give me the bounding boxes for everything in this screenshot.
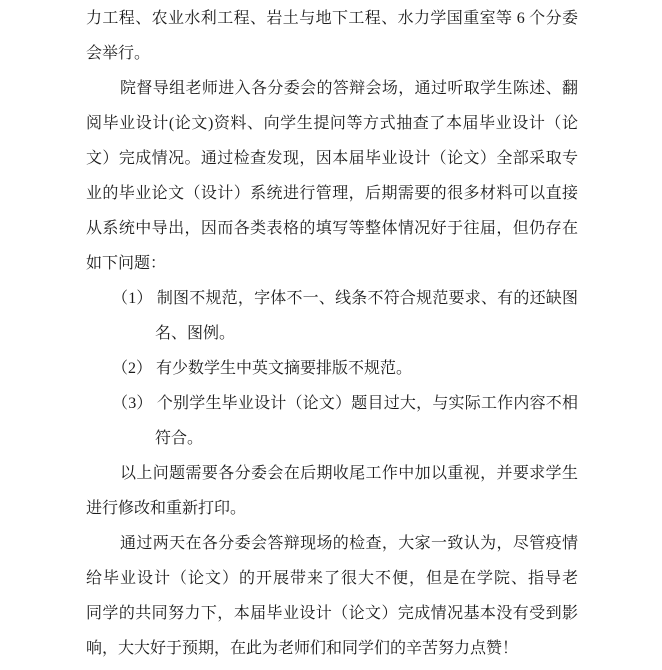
text-line: 通过两天在各分委会答辩现场的检查，大家一致认为，尽管疫情 [120,526,578,561]
text-line: 院督导组老师进入各分委会的答辩会场，通过听取学生陈述、翻 [120,71,578,106]
text-line: 阅毕业设计(论文)资料、向学生提问等方式抽查了本届毕业设计（论 [86,106,578,141]
text-line: 会举行。 [86,36,578,71]
text-line: 同学的共同努力下，本届毕业设计（论文）完成情况基本没有受到影 [86,596,578,631]
list-item-line: 符合。 [155,421,578,456]
list-item-line: （2） 有少数学生中英文摘要排版不规范。 [112,351,578,386]
text-line: 文）完成情况。通过检查发现，因本届毕业设计（论文）全部采取专 [86,141,578,176]
text-line: 如下问题： [86,246,578,281]
text-line: 业的毕业论文（设计）系统进行管理，后期需要的很多材料可以直接 [86,176,578,211]
list-item-line: （1） 制图不规范，字体不一、线条不符合规范要求、有的还缺图 [112,281,578,316]
text-line: 以上问题需要各分委会在后期收尾工作中加以重视，并要求学生 [120,456,578,491]
text-line: 力工程、农业水利工程、岩土与地下工程、水力学国重室等 6 个分委 [86,1,578,36]
text-line: 进行修改和重新打印。 [86,491,578,526]
list-item-line: （3） 个别学生毕业设计（论文）题目过大，与实际工作内容不相 [112,386,578,421]
document-page: 力工程、农业水利工程、岩土与地下工程、水力学国重室等 6 个分委 会举行。 院督… [0,0,662,670]
text-line: 从系统中导出，因而各类表格的填写等整体情况好于往届，但仍存在 [86,211,578,246]
text-line: 响，大大好于预期，在此为老师们和同学们的辛苦努力点赞！ [86,631,578,666]
text-line: 给毕业设计（论文）的开展带来了很大不便，但是在学院、指导老师、 [86,561,578,596]
list-item-line: 名、图例。 [155,316,578,351]
